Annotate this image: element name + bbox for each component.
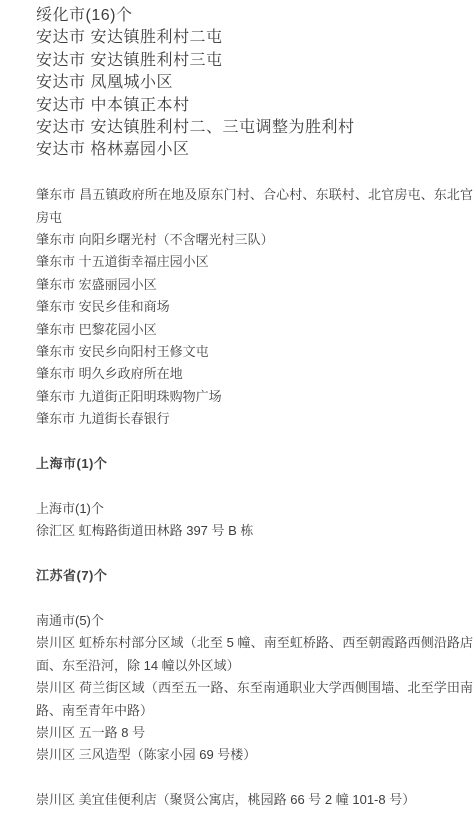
list-line: 崇川区 三风造型（陈家小园 69 号楼）	[36, 744, 473, 766]
section-header-shanghai: 上海市(1)个	[36, 453, 473, 475]
blank-line	[36, 543, 473, 565]
blank-line	[36, 162, 473, 184]
list-line: 安达市 安达镇胜利村三屯	[36, 50, 473, 72]
blank-line	[36, 767, 473, 789]
list-line: 崇川区 虹桥东村部分区域（北至 5 幢、南至虹桥路、西至朝霞路西侧沿路店面、东至…	[36, 632, 473, 677]
list-line: 崇川区 美宜佳便利店（聚贤公寓店，桃园路 66 号 2 幢 101-8 号）	[36, 789, 473, 811]
blank-line	[36, 431, 473, 453]
list-line: 肇东市 九道街正阳明珠购物广场	[36, 386, 473, 408]
section-subheader: 南通市(5)个	[36, 610, 473, 632]
list-line: 安达市 中本镇正本村	[36, 95, 473, 117]
list-line: 肇东市 明久乡政府所在地	[36, 363, 473, 385]
list-line: 安达市 格林嘉园小区	[36, 139, 473, 161]
list-line: 安达市 凤凰城小区	[36, 72, 473, 94]
section-header-jiangsu: 江苏省(7)个	[36, 565, 473, 587]
list-line: 肇东市 十五道街幸福庄园小区	[36, 251, 473, 273]
list-line: 肇东市 向阳乡曙光村（不含曙光村三队）	[36, 229, 473, 251]
list-line: 肇东市 安民乡向阳村王修文屯	[36, 341, 473, 363]
blank-line	[36, 476, 473, 498]
list-line: 崇川区 五一路 8 号	[36, 722, 473, 744]
section-subheader: 绥化市(16)个	[36, 5, 473, 27]
list-line: 肇东市 昌五镇政府所在地及原东门村、合心村、东联村、北官房屯、东北官房屯	[36, 184, 473, 229]
section-subheader: 上海市(1)个	[36, 498, 473, 520]
list-line: 肇东市 巴黎花园小区	[36, 319, 473, 341]
list-line: 肇东市 安民乡佳和商场	[36, 296, 473, 318]
list-line: 徐汇区 虹梅路街道田林路 397 号 B 栋	[36, 520, 473, 542]
list-line: 肇东市 宏盛丽园小区	[36, 274, 473, 296]
list-line: 安达市 安达镇胜利村二屯	[36, 27, 473, 49]
list-line: 崇川区 荷兰街区域（西至五一路、东至南通职业大学西侧围墙、北至学田南路、南至青年…	[36, 677, 473, 722]
list-line: 安达市 安达镇胜利村二、三屯调整为胜利村	[36, 117, 473, 139]
list-line: 肇东市 九道街长春银行	[36, 408, 473, 430]
risk-area-list: 绥化市(16)个 安达市 安达镇胜利村二屯 安达市 安达镇胜利村三屯 安达市 凤…	[0, 0, 476, 812]
blank-line	[36, 588, 473, 610]
